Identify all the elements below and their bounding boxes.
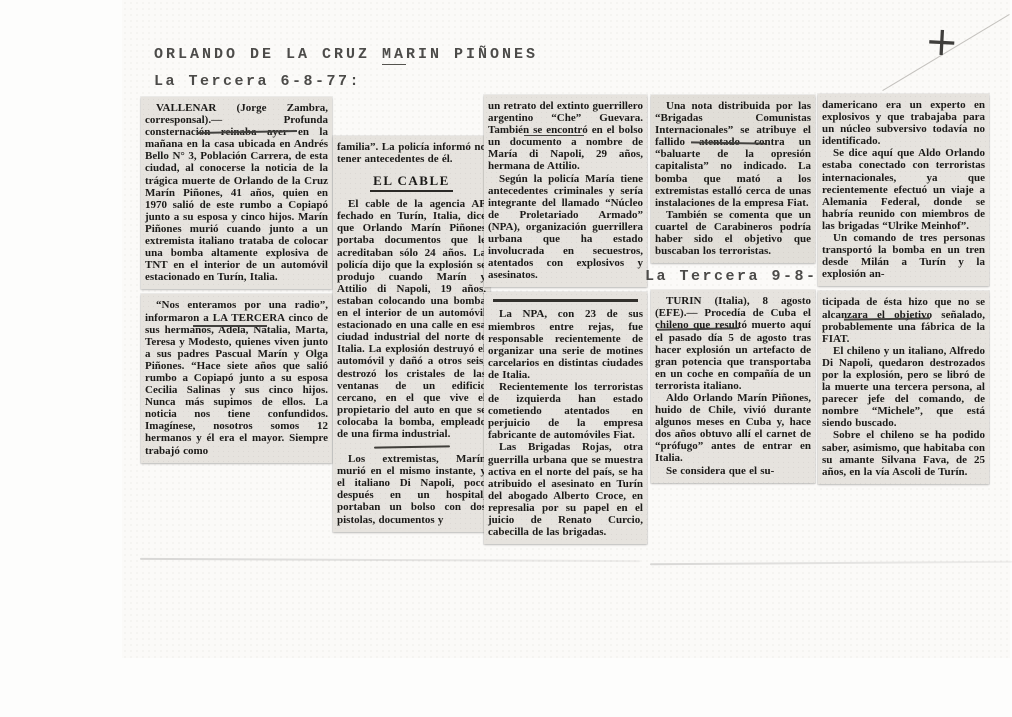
clipping-paragraphs: un retrato del extinto guerrillero argen… bbox=[488, 100, 643, 281]
divider-rule bbox=[493, 299, 639, 302]
typed-dateline-2: La Tercera 9-8-77: bbox=[645, 268, 815, 285]
news-clipping: La NPA, con 23 de sus miembros entre rej… bbox=[484, 292, 647, 544]
typed-title-pre: ORLANDO DE LA CRUZ bbox=[154, 46, 382, 63]
news-clipping: un retrato del extinto guerrillero argen… bbox=[484, 95, 647, 287]
clipping-column-2: familia”. La policía informó no tener an… bbox=[333, 136, 490, 537]
clipping-paragraphs: Una nota distribuida por las “Brigadas C… bbox=[655, 100, 811, 257]
section-heading-el-cable: EL CABLE bbox=[370, 173, 453, 192]
news-clipping: TURIN (Italia), 8 agosto (EFE).— Procedí… bbox=[651, 290, 815, 482]
plus-mark: + bbox=[924, 21, 960, 63]
clipping-paragraphs: “Nos enteramos por una radio”, informaro… bbox=[145, 299, 328, 456]
typed-title-post: RIN PIÑONES bbox=[406, 46, 538, 63]
typed-dateline-1: La Tercera 6-8-77: bbox=[154, 73, 361, 90]
clipping-paragraphs: familia”. La policía informó no tener an… bbox=[337, 141, 486, 165]
news-clipping: damericano era un experto en explosivos … bbox=[818, 94, 989, 286]
typed-title-underlined: MA bbox=[382, 46, 406, 65]
clipping-paragraphs: Los extremistas, Marín murió en el mismo… bbox=[337, 453, 486, 526]
clipping-column-5: damericano era un experto en explosivos … bbox=[818, 94, 989, 489]
squiggle-divider bbox=[373, 445, 449, 448]
clipping-paragraphs: La NPA, con 23 de sus miembros entre rej… bbox=[488, 308, 643, 538]
clipping-column-4: Una nota distribuida por las “Brigadas C… bbox=[651, 95, 815, 488]
clipping-paragraphs: TURIN (Italia), 8 agosto (EFE).— Procedí… bbox=[655, 295, 811, 476]
scanned-page: + ORLANDO DE LA CRUZ MARIN PIÑONES La Te… bbox=[0, 0, 1012, 717]
news-clipping: VALLENAR (Jorge Zambra, corresponsal).— … bbox=[141, 97, 332, 289]
news-clipping: “Nos enteramos por una radio”, informaro… bbox=[141, 294, 332, 462]
clipping-paragraphs: damericano era un experto en explosivos … bbox=[822, 99, 985, 280]
news-clipping: ticipada de ésta hizo que no se alcanzar… bbox=[818, 291, 989, 483]
clipping-column-1: VALLENAR (Jorge Zambra, corresponsal).— … bbox=[141, 97, 332, 468]
typed-title: ORLANDO DE LA CRUZ MARIN PIÑONES bbox=[154, 46, 538, 63]
clipping-column-3: un retrato del extinto guerrillero argen… bbox=[484, 95, 647, 549]
clipping-paragraphs: VALLENAR (Jorge Zambra, corresponsal).— … bbox=[145, 102, 328, 283]
news-clipping: familia”. La policía informó no tener an… bbox=[333, 136, 490, 532]
news-clipping: Una nota distribuida por las “Brigadas C… bbox=[651, 95, 815, 263]
clipping-paragraphs: ticipada de ésta hizo que no se alcanzar… bbox=[822, 296, 985, 477]
clipping-paragraphs: El cable de la agencia AP fechado en Tur… bbox=[337, 198, 486, 440]
